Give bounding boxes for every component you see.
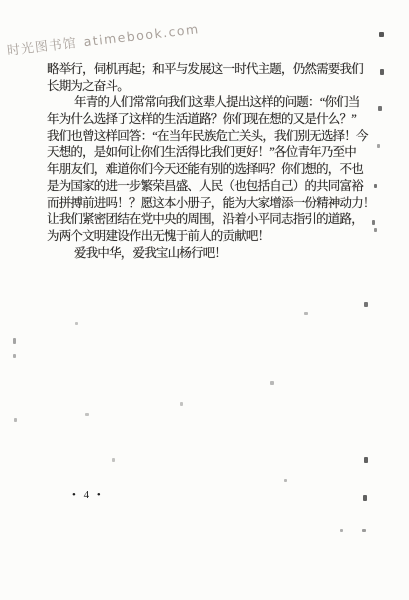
scan-speck bbox=[270, 381, 274, 385]
scan-speck bbox=[379, 32, 384, 37]
scan-speck bbox=[340, 529, 343, 532]
scan-speck bbox=[284, 479, 287, 482]
scan-speck bbox=[13, 354, 16, 358]
scan-speck bbox=[364, 457, 368, 463]
scan-speck bbox=[180, 402, 183, 406]
text-line: 是为国家的进一步繁荣昌盛、人民（也包括自己）的共同富裕 bbox=[47, 178, 363, 195]
scan-speck bbox=[14, 418, 17, 422]
text-line: 为两个文明建设作出无愧于前人的贡献吧！ bbox=[47, 228, 363, 245]
scan-speck bbox=[374, 184, 377, 188]
text-line: 让我们紧密团结在党中央的周围，沿着小平同志指引的道路， bbox=[47, 211, 363, 228]
scan-speck bbox=[304, 312, 308, 315]
scan-speck bbox=[362, 529, 366, 532]
scan-speck bbox=[75, 322, 78, 325]
body-text: 略举行，伺机再起；和平与发展这一时代主题，仍然需要我们 长期为之奋斗。 年青的人… bbox=[47, 61, 363, 261]
scan-speck bbox=[363, 495, 367, 501]
scan-speck bbox=[112, 458, 115, 462]
watermark: 时光图书馆atimebook.com bbox=[6, 18, 200, 59]
text-line: 天想的，是如何让你们生活得比我们更好！”各位青年乃至中 bbox=[47, 144, 363, 161]
scan-speck bbox=[377, 144, 380, 148]
scan-speck bbox=[372, 220, 375, 225]
text-line: 而拼搏前进吗！？愿这本小册子，能为大家增添一份精神动力！ bbox=[47, 195, 363, 212]
text-line: 年为什么选择了这样的生活道路？你们现在想的又是什么？” bbox=[47, 111, 363, 128]
text-line: 爱我中华，爱我宝山杨行吧！ bbox=[47, 245, 363, 262]
text-line: 年青的人们常常向我们这辈人提出这样的问题：“你们当 bbox=[47, 94, 363, 111]
scan-speck bbox=[85, 413, 89, 416]
book-page: 时光图书馆atimebook.com 略举行，伺机再起；和平与发展这一时代主题，… bbox=[0, 0, 409, 600]
watermark-site-name: 时光图书馆 bbox=[6, 36, 77, 59]
text-line: 我们也曾这样回答：“在当年民族危亡关头，我们别无选择！今 bbox=[47, 128, 363, 145]
page-number: • 4 • bbox=[72, 489, 103, 501]
scan-speck bbox=[364, 302, 368, 307]
scan-speck bbox=[13, 338, 16, 344]
text-line: 年朋友们，难道你们今天还能有别的选择吗？你们想的，不也 bbox=[47, 161, 363, 178]
text-line: 略举行，伺机再起；和平与发展这一时代主题，仍然需要我们 bbox=[47, 61, 363, 78]
scan-speck bbox=[378, 106, 382, 111]
scan-speck bbox=[374, 228, 377, 232]
text-line: 长期为之奋斗。 bbox=[47, 78, 363, 95]
scan-speck bbox=[380, 69, 384, 75]
watermark-site-url: atimebook.com bbox=[83, 21, 200, 49]
